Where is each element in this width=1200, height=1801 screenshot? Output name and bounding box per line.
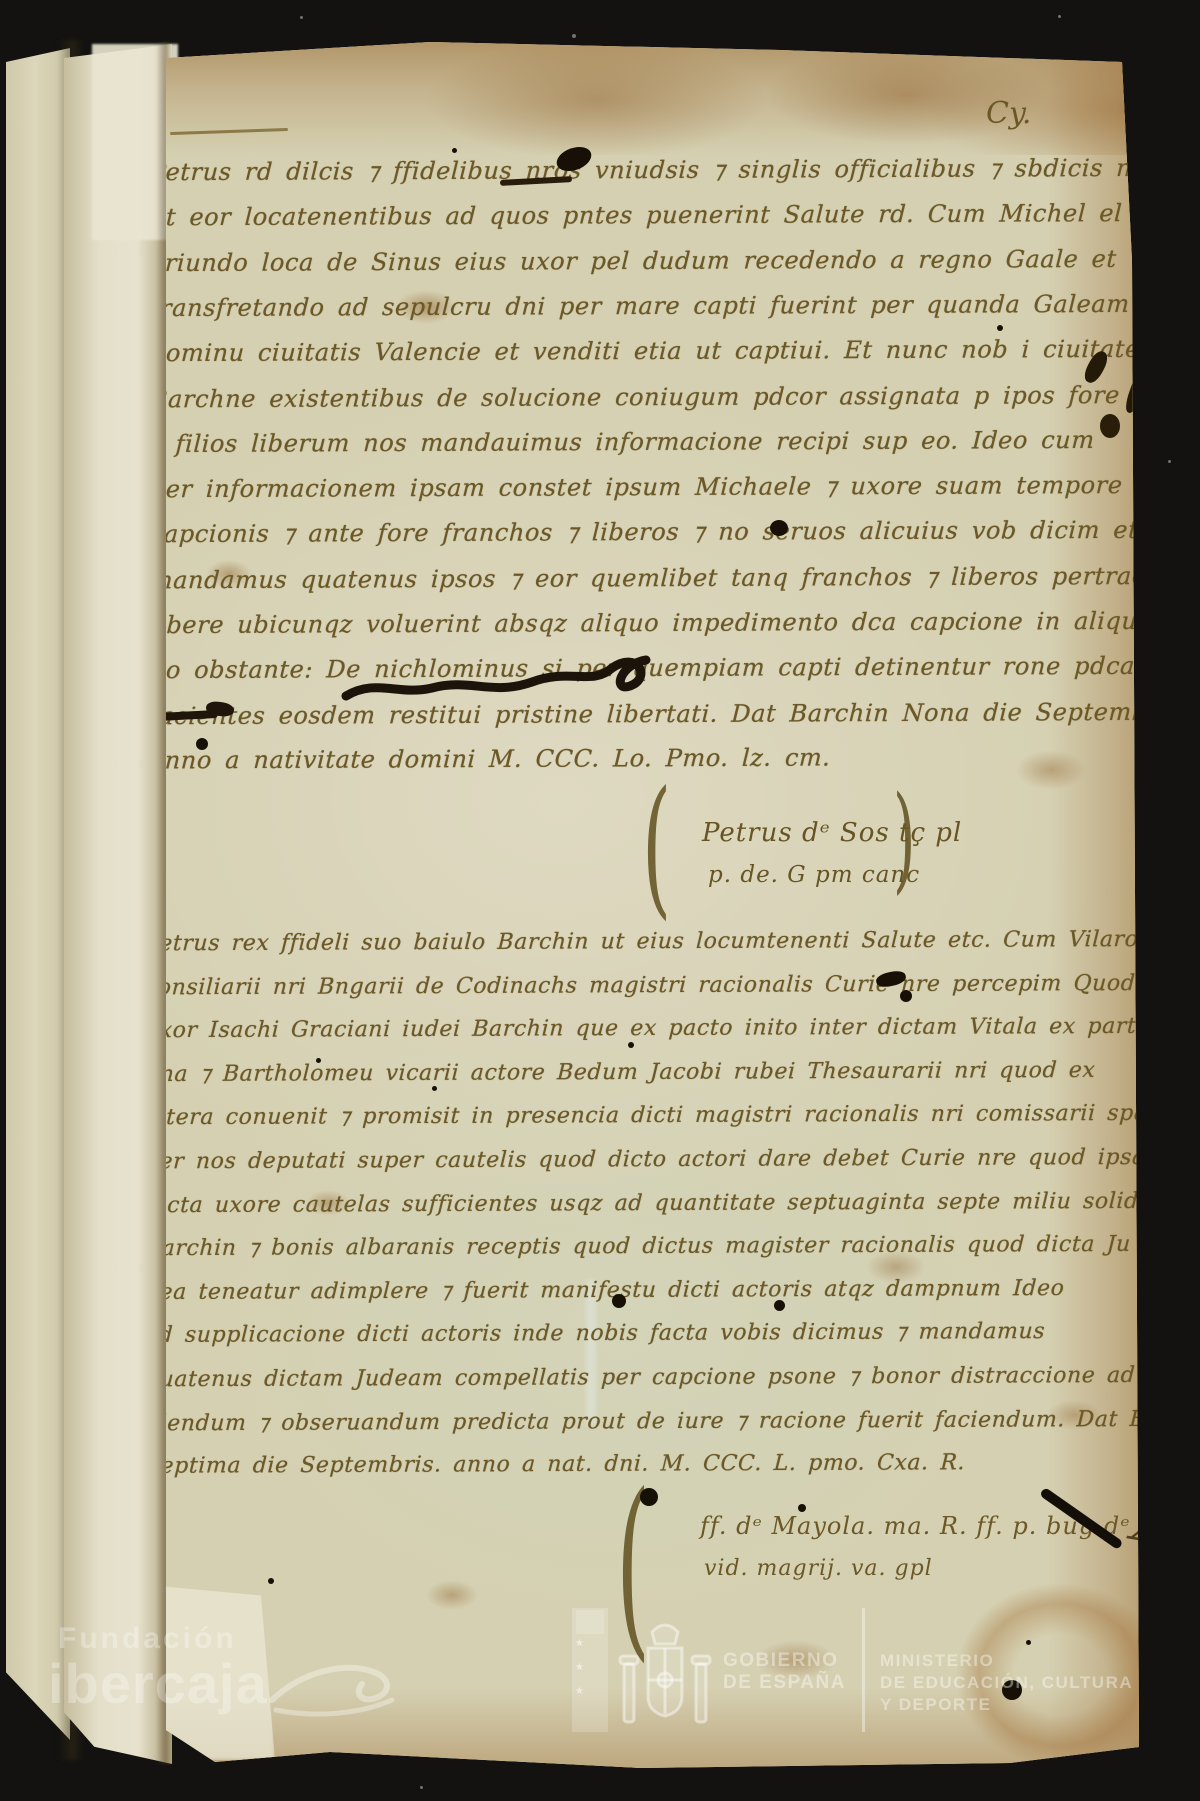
letter2-line-9: dea teneatur adimplere ⁊ fuerit manifest… xyxy=(144,1277,1065,1304)
letter2-line-12: plendum ⁊ obseruandum predicta prout de … xyxy=(144,1407,1200,1435)
letter2-line-10: ad supplicacione dicti actoris inde nobi… xyxy=(144,1320,1045,1347)
ink-dot xyxy=(798,1504,806,1512)
watermark-gobierno: GOBIERNO DE ESPAÑA xyxy=(723,1650,846,1694)
worm-hole xyxy=(997,325,1003,331)
letter2-line-4: una ⁊ Bartholomeu vicarii actore Bedum J… xyxy=(144,1059,1096,1086)
letter2-line-6: per nos deputati super cautelis quod dic… xyxy=(144,1146,1200,1174)
worm-hole xyxy=(268,1578,274,1584)
letter2-line-13: Septima die Septembris. anno a nat. dni.… xyxy=(144,1451,965,1478)
ink-blot-line9 xyxy=(770,520,788,536)
dust-speck xyxy=(572,34,576,38)
letter2-line-7: dicta uxore cautelas sufficientes usqz a… xyxy=(144,1189,1164,1217)
manuscript-leaf: Cy. jn pº qr que p Petrus rd dilcis ⁊ ff… xyxy=(0,0,1200,1801)
spain-coat-of-arms-icon xyxy=(618,1618,712,1736)
ministerio-line1: MINISTERIO xyxy=(880,1650,1133,1672)
eu-flag-bar: ★ ★ ★ xyxy=(572,1608,608,1732)
ministerio-line2: DE EDUCACIÓN, CULTURA xyxy=(880,1672,1133,1694)
letter2-line-3: uxor Isachi Graciani iudei Barchin que e… xyxy=(144,1015,1150,1042)
watermark-fundacion-line2: ibercaja xyxy=(48,1656,268,1712)
dust-speck xyxy=(420,1786,423,1789)
worm-hole xyxy=(1026,1640,1031,1645)
watermark-fundacion-line1: Fundación xyxy=(58,1622,237,1656)
watermark-divider xyxy=(862,1608,865,1732)
worm-hole xyxy=(316,1058,321,1063)
letter2-line-1: Petrus rex ffideli suo baiulo Barchin ut… xyxy=(144,928,1200,956)
worm-hole xyxy=(432,1086,437,1091)
worm-hole xyxy=(452,148,457,153)
gobierno-line1: GOBIERNO xyxy=(723,1650,846,1672)
gobierno-line2: DE ESPAÑA xyxy=(723,1672,846,1694)
dust-speck xyxy=(1168,460,1171,463)
cancellation-squiggle xyxy=(340,638,670,710)
chancery-line-1: ff. dᵉ Mayola. ma. R. ff. p. bug dᵉ xyxy=(700,1512,1131,1540)
ink-dot xyxy=(196,738,208,750)
ink-blot-margin-3 xyxy=(1100,414,1120,438)
ministerio-line3: Y DEPORTE xyxy=(880,1694,1133,1716)
ibercaja-swoosh-icon xyxy=(268,1652,400,1726)
letter2-line-5: altera conuenit ⁊ promisit in presencia … xyxy=(144,1102,1175,1130)
letter2-line-8: Barchin ⁊ bonis albaranis receptis quod … xyxy=(144,1233,1131,1260)
ink-dot xyxy=(640,1488,658,1506)
dust-speck xyxy=(1058,15,1061,18)
ink-blot-mid-2 xyxy=(900,990,912,1002)
chancery-line-2: vid. magrij. va. gpl xyxy=(704,1556,933,1581)
letter2-line-2: consiliarii nri Bngarii de Codinachs mag… xyxy=(144,971,1200,999)
manuscript-photo: Cy. jn pº qr que p Petrus rd dilcis ⁊ ff… xyxy=(0,0,1200,1801)
ink-dot xyxy=(612,1294,626,1308)
letter2-line-11: quatenus dictam Judeam compellatis per c… xyxy=(144,1364,1195,1392)
watermark-ministerio: MINISTERIO DE EDUCACIÓN, CULTURA Y DEPOR… xyxy=(880,1650,1133,1716)
dust-speck xyxy=(300,16,303,19)
worm-hole xyxy=(628,1042,634,1048)
ink-dot xyxy=(774,1300,785,1311)
